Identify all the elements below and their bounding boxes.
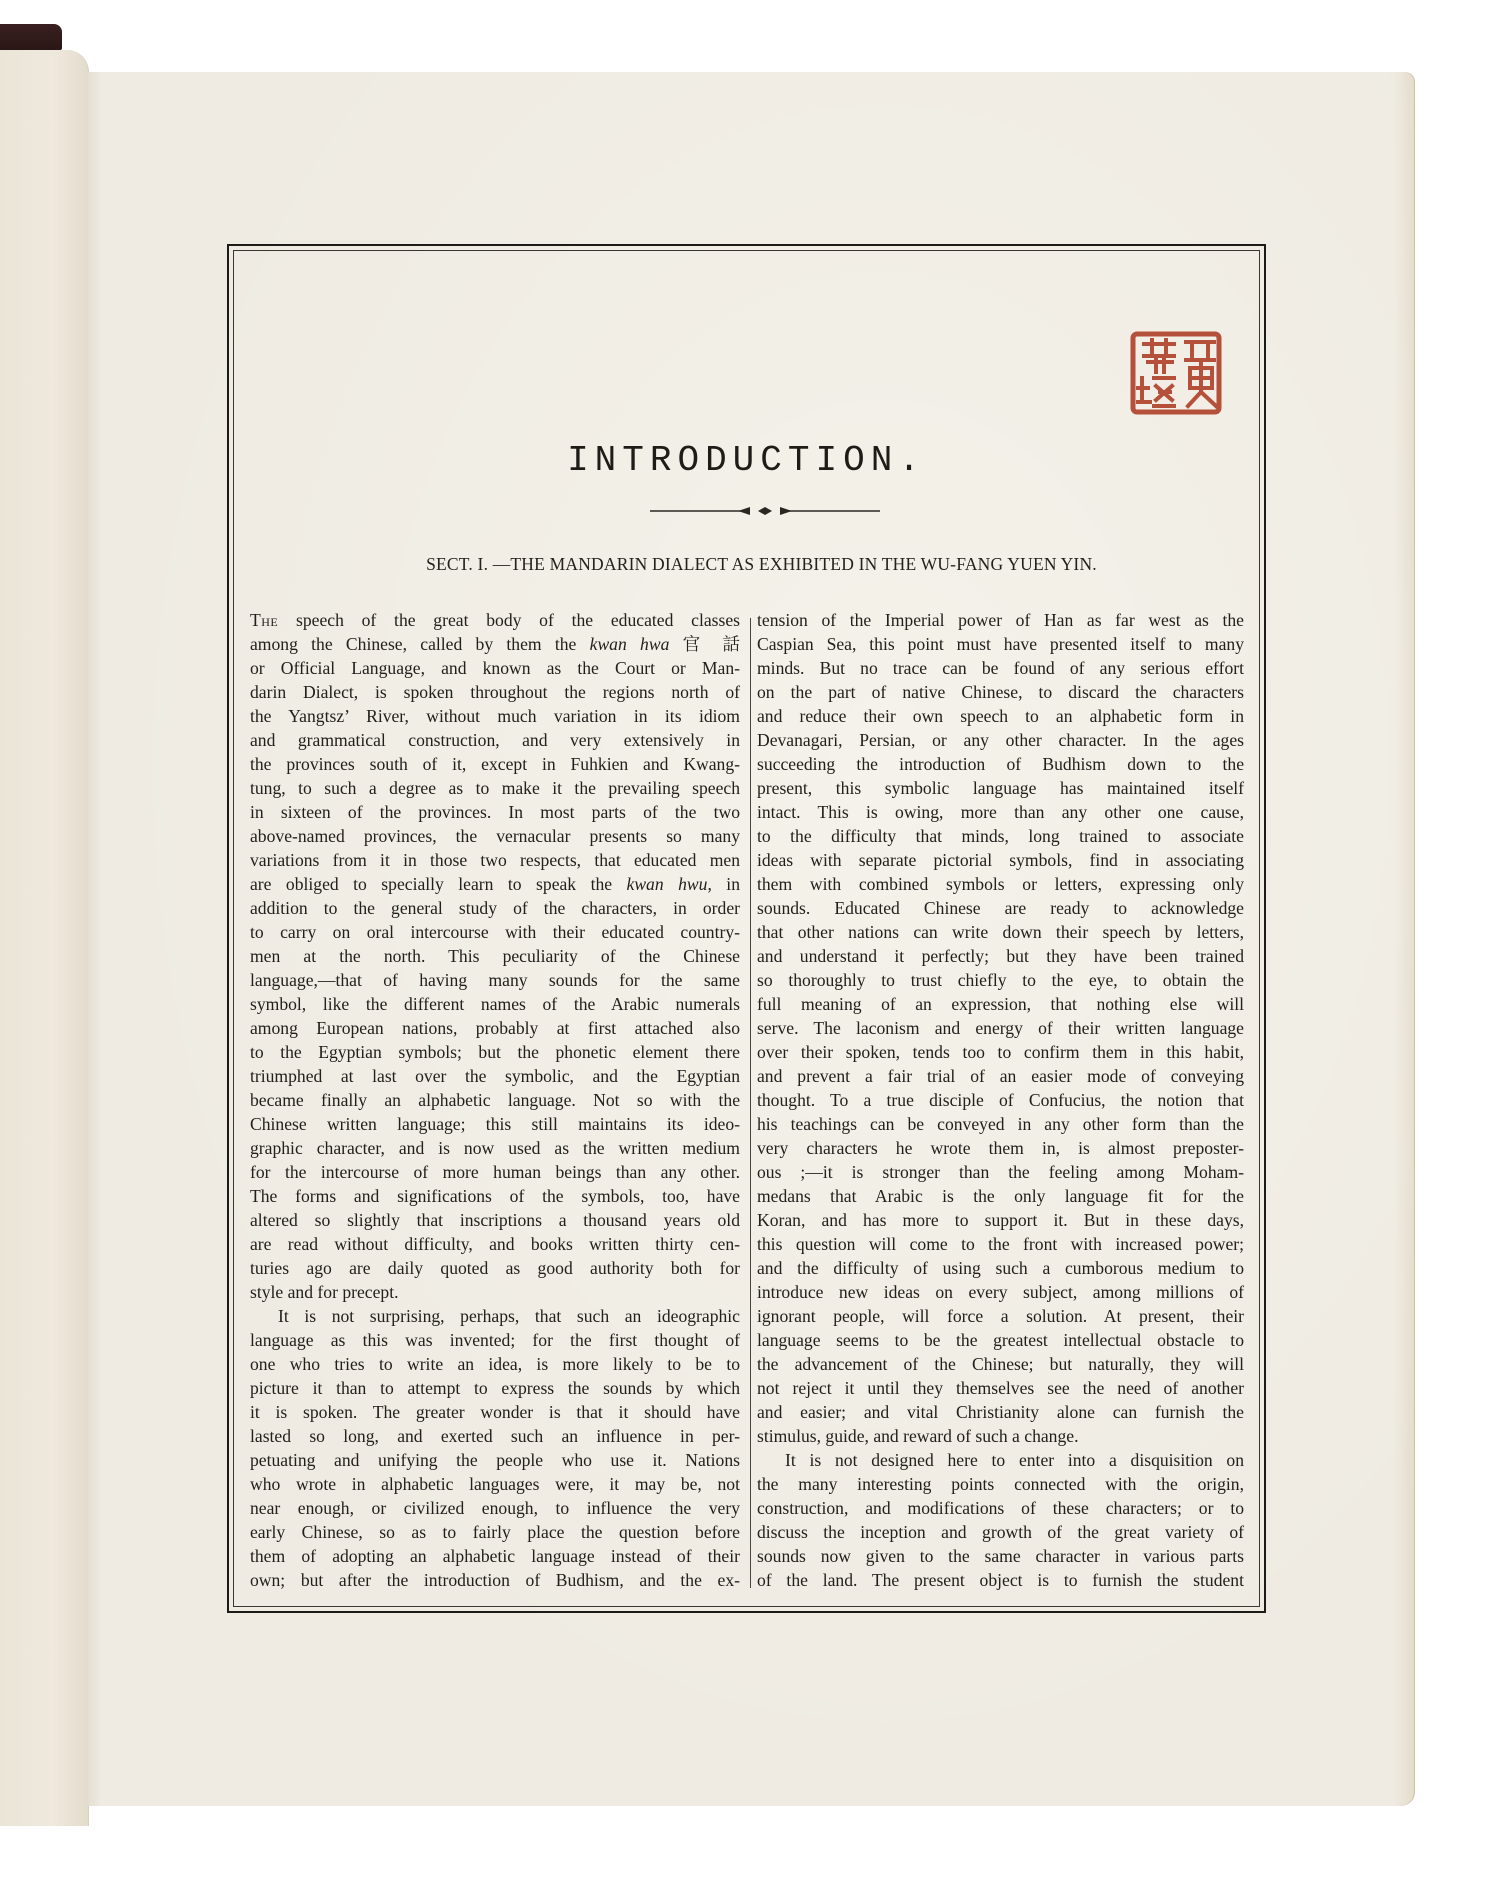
text-line: triumphed at last over the symbolic, and…	[250, 1064, 740, 1088]
column-divider	[750, 618, 751, 1588]
text-line: Chinese written language; this still mai…	[250, 1112, 740, 1136]
text-line: and easier; and vital Christianity alone…	[757, 1400, 1244, 1424]
text-line: the Yangtsz’ River, without much variati…	[250, 704, 740, 728]
text-line: full meaning of an expression, that noth…	[757, 992, 1244, 1016]
text-line: variations from it in those two respects…	[250, 848, 740, 872]
text-line: petuating and unifying the people who us…	[250, 1448, 740, 1472]
text-line: of the land. The present object is to fu…	[757, 1568, 1244, 1592]
text-line: that other nations can write down their …	[757, 920, 1244, 944]
text-line: own; but after the introduction of Budhi…	[250, 1568, 740, 1592]
text-line: are read without difficulty, and books w…	[250, 1232, 740, 1256]
text-line: ous ;—it is stronger than the feeling am…	[757, 1160, 1244, 1184]
left-page-edge	[0, 50, 89, 1826]
text-line: men at the north. This peculiarity of th…	[250, 944, 740, 968]
text-line: not reject it until they themselves see …	[757, 1376, 1244, 1400]
text-line: them with combined symbols or letters, e…	[757, 872, 1244, 896]
text-line: so thoroughly to trust chiefly to the ey…	[757, 968, 1244, 992]
text-line: over their spoken, tends too to confirm …	[757, 1040, 1244, 1064]
text-line: sounds. Educated Chinese are ready to ac…	[757, 896, 1244, 920]
text-line: to the difficulty that minds, long train…	[757, 824, 1244, 848]
left-text-column: The speech of the great body of the educ…	[250, 608, 740, 1592]
page-title: INTRODUCTION.	[227, 440, 1266, 481]
text-line: among the Chinese, called by them the kw…	[250, 632, 740, 656]
text-line: sounds now given to the same character i…	[757, 1544, 1244, 1568]
text-line: lasted so long, and exerted such an infl…	[250, 1424, 740, 1448]
text-line: Koran, and has more to support it. But i…	[757, 1208, 1244, 1232]
text-line: turies ago are daily quoted as good auth…	[250, 1256, 740, 1280]
text-line: tung, to such a degree as to make it the…	[250, 776, 740, 800]
text-line: style and for precept.	[250, 1280, 740, 1304]
book-spine-cap	[0, 24, 62, 50]
text-line: to the Egyptian symbols; but the phoneti…	[250, 1040, 740, 1064]
text-line: one who tries to write an idea, is more …	[250, 1352, 740, 1376]
text-line: for the intercourse of more human beings…	[250, 1160, 740, 1184]
chinese-characters: 官 話	[669, 634, 740, 654]
text-line: among European nations, probably at firs…	[250, 1016, 740, 1040]
red-seal-stamp-icon	[1130, 330, 1225, 420]
text-line: on the part of native Chinese, to discar…	[757, 680, 1244, 704]
text-line: It is not surprising, perhaps, that such…	[250, 1304, 740, 1328]
text-line: who wrote in alphabetic languages were, …	[250, 1472, 740, 1496]
text-line: ideas with separate pictorial symbols, f…	[757, 848, 1244, 872]
text-line: graphic character, and is now used as th…	[250, 1136, 740, 1160]
text-line: introduce new ideas on every subject, am…	[757, 1280, 1244, 1304]
text-line: language seems to be the greatest intell…	[757, 1328, 1244, 1352]
text-line: early Chinese, so as to fairly place the…	[250, 1520, 740, 1544]
text-line: above-named provinces, the vernacular pr…	[250, 824, 740, 848]
text-line: picture it than to attempt to express th…	[250, 1376, 740, 1400]
text-line: succeeding the introduction of Budhism d…	[757, 752, 1244, 776]
text-line: in sixteen of the provinces. In most par…	[250, 800, 740, 824]
text-line: The speech of the great body of the educ…	[250, 608, 740, 632]
text-line: darin Dialect, is spoken throughout the …	[250, 680, 740, 704]
text-line: or Official Language, and known as the C…	[250, 656, 740, 680]
text-line: language,—that of having many sounds for…	[250, 968, 740, 992]
text-line: became finally an alphabetic language. N…	[250, 1088, 740, 1112]
text-line: near enough, or civilized enough, to inf…	[250, 1496, 740, 1520]
text-line: It is not designed here to enter into a …	[757, 1448, 1244, 1472]
text-line: altered so slightly that inscriptions a …	[250, 1208, 740, 1232]
text-line: very characters he wrote them in, is alm…	[757, 1136, 1244, 1160]
text-line: the provinces south of it, except in Fuh…	[250, 752, 740, 776]
text-line: to carry on oral intercourse with their …	[250, 920, 740, 944]
text-line: and the difficulty of using such a cumbo…	[757, 1256, 1244, 1280]
italic-term: kwan hwa	[590, 634, 670, 654]
text-line: minds. But no trace can be found of any …	[757, 656, 1244, 680]
text-line: serve. The laconism and energy of their …	[757, 1016, 1244, 1040]
text-line: Caspian Sea, this point must have presen…	[757, 632, 1244, 656]
text-line: tension of the Imperial power of Han as …	[757, 608, 1244, 632]
text-line: The forms and significations of the symb…	[250, 1184, 740, 1208]
text-line: addition to the general study of the cha…	[250, 896, 740, 920]
text-line: construction, and modifications of these…	[757, 1496, 1244, 1520]
text-line: and understand it perfectly; but they ha…	[757, 944, 1244, 968]
text-line: thought. To a true disciple of Confucius…	[757, 1088, 1244, 1112]
text-line: and grammatical construction, and very e…	[250, 728, 740, 752]
text-line: intact. This is owing, more than any oth…	[757, 800, 1244, 824]
drop-smallcaps-word: The	[250, 610, 278, 630]
text-line: the many interesting points connected wi…	[757, 1472, 1244, 1496]
text-line: present, this symbolic language has main…	[757, 776, 1244, 800]
text-line: and prevent a fair trial of an easier mo…	[757, 1064, 1244, 1088]
text-line: symbol, like the different names of the …	[250, 992, 740, 1016]
text-line: ignorant people, will force a solution. …	[757, 1304, 1244, 1328]
text-line: this question will come to the front wit…	[757, 1232, 1244, 1256]
text-line: his teachings can be conveyed in any oth…	[757, 1112, 1244, 1136]
text-line: are obliged to specially learn to speak …	[250, 872, 740, 896]
text-line: them of adopting an alphabetic language …	[250, 1544, 740, 1568]
text-line: stimulus, guide, and reward of such a ch…	[757, 1424, 1244, 1448]
decorative-divider-icon	[650, 506, 880, 516]
text-line: and reduce their own speech to an alphab…	[757, 704, 1244, 728]
text-line: language as this was invented; for the f…	[250, 1328, 740, 1352]
text-line: the advancement of the Chinese; but natu…	[757, 1352, 1244, 1376]
text-line: Devanagari, Persian, or any other charac…	[757, 728, 1244, 752]
right-text-column: tension of the Imperial power of Han as …	[757, 608, 1244, 1592]
italic-term: kwan hwu	[627, 874, 708, 894]
text-line: discuss the inception and growth of the …	[757, 1520, 1244, 1544]
text-line: it is spoken. The greater wonder is that…	[250, 1400, 740, 1424]
section-heading: SECT. I. —THE MANDARIN DIALECT AS EXHIBI…	[227, 554, 1266, 575]
text-line: medans that Arabic is the only language …	[757, 1184, 1244, 1208]
